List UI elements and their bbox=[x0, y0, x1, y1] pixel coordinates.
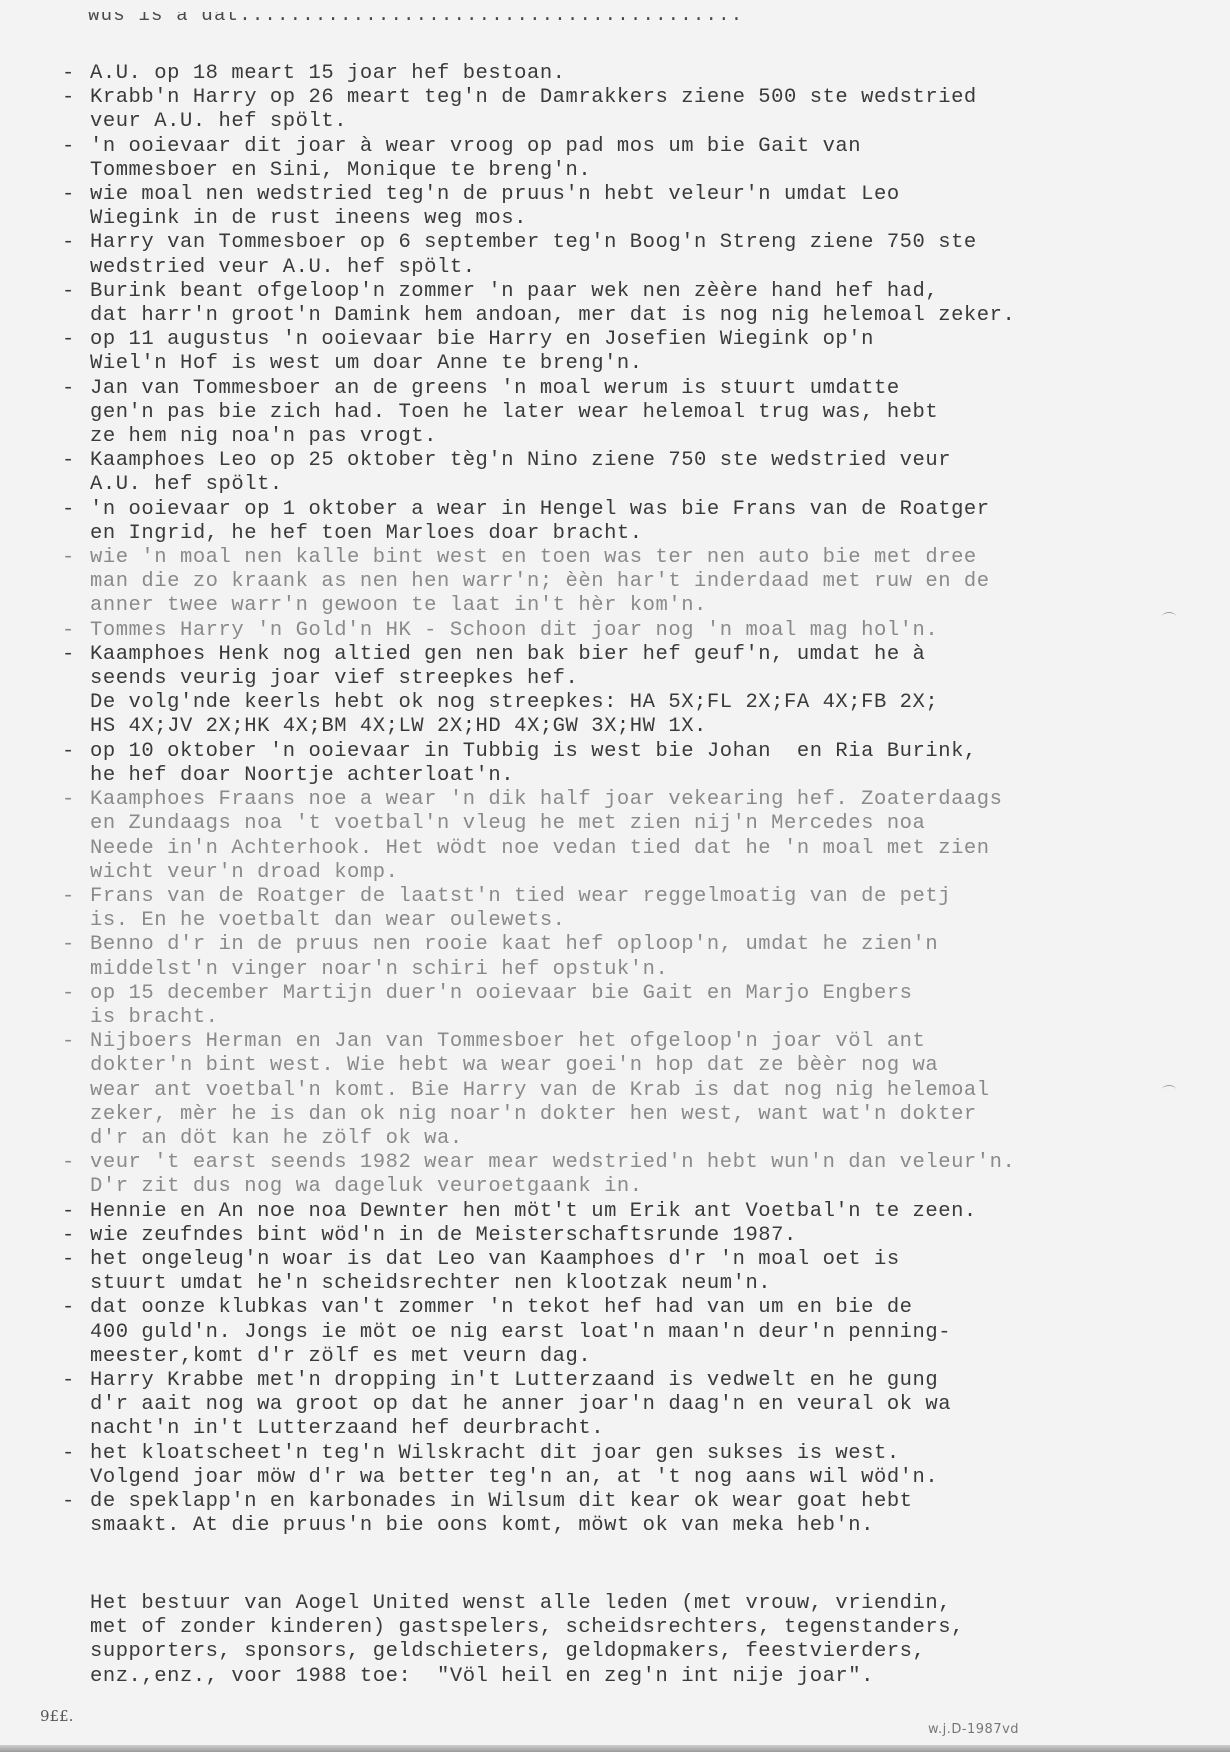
item-line: wie zeufndes bint wöd'n in de Meistersch… bbox=[90, 1224, 1182, 1248]
item-line: veur A.U. hef spölt. bbox=[90, 110, 1182, 134]
news-item: -Nijboers Herman en Jan van Tommesboer h… bbox=[62, 1030, 1182, 1151]
bullet-dash: - bbox=[62, 280, 75, 304]
item-line: Wiegink in de rust ineens weg mos. bbox=[90, 207, 1182, 231]
item-line: meester,komt d'r zölf es met veurn dag. bbox=[90, 1345, 1182, 1369]
news-item: -Kaamphoes Fraans noe a wear 'n dik half… bbox=[62, 788, 1182, 885]
bullet-dash: - bbox=[62, 1224, 75, 1248]
bullet-dash: - bbox=[62, 449, 75, 473]
item-line: HS 4X;JV 2X;HK 4X;BM 4X;LW 2X;HD 4X;GW 3… bbox=[90, 715, 1182, 739]
bullet-dash: - bbox=[62, 1442, 75, 1466]
bullet-dash: - bbox=[62, 1369, 75, 1393]
news-item: -Harry van Tommesboer op 6 september teg… bbox=[62, 231, 1182, 279]
bullet-dash: - bbox=[62, 619, 75, 643]
item-line: en Zundaags noa 't voetbal'n vleug he me… bbox=[90, 812, 1182, 836]
bullet-dash: - bbox=[62, 1248, 75, 1272]
item-line: wie 'n moal nen kalle bint west en toen … bbox=[90, 546, 1182, 570]
news-item: -'n ooievaar dit joar à wear vroog op pa… bbox=[62, 135, 1182, 183]
news-item: -wie zeufndes bint wöd'n in de Meistersc… bbox=[62, 1224, 1182, 1248]
news-item: -Burink beant ofgeloop'n zommer 'n paar … bbox=[62, 280, 1182, 328]
bullet-dash: - bbox=[62, 788, 75, 812]
item-line: middelst'n vinger noar'n schiri hef opst… bbox=[90, 958, 1182, 982]
item-line: het ongeleug'n woar is dat Leo van Kaamp… bbox=[90, 1248, 1182, 1272]
bullet-dash: - bbox=[62, 86, 75, 110]
item-line: De volg'nde keerls hebt ok nog streepkes… bbox=[90, 691, 1182, 715]
item-line: Jan van Tommesboer an de greens 'n moal … bbox=[90, 377, 1182, 401]
page-bottom-edge bbox=[0, 1745, 1230, 1752]
item-line: de speklapp'n en karbonades in Wilsum di… bbox=[90, 1490, 1182, 1514]
item-line: A.U. hef spölt. bbox=[90, 473, 1182, 497]
item-line: anner twee warr'n gewoon te laat in't hè… bbox=[90, 594, 1182, 618]
item-line: zeker, mèr he is dan ok nig noar'n dokte… bbox=[90, 1103, 1182, 1127]
item-line: Volgend joar möw d'r wa better teg'n an,… bbox=[90, 1466, 1182, 1490]
bullet-dash: - bbox=[62, 328, 75, 352]
bullet-dash: - bbox=[62, 1030, 75, 1054]
item-line: het kloatscheet'n teg'n Wilskracht dit j… bbox=[90, 1442, 1182, 1466]
item-line: d'r aait nog wa groot op dat he anner jo… bbox=[90, 1393, 1182, 1417]
news-item: -A.U. op 18 meart 15 joar hef bestoan. bbox=[62, 62, 1182, 86]
bullet-dash: - bbox=[62, 546, 75, 570]
news-item: -Jan van Tommesboer an de greens 'n moal… bbox=[62, 377, 1182, 450]
news-item: -Kaamphoes Henk nog altied gen nen bak b… bbox=[62, 643, 1182, 740]
item-line: wicht veur'n droad komp. bbox=[90, 861, 1182, 885]
closing-line: supporters, sponsors, geldschieters, gel… bbox=[90, 1640, 964, 1664]
item-line: 400 guld'n. Jongs ie möt oe nig earst lo… bbox=[90, 1321, 1182, 1345]
margin-mark bbox=[1162, 1085, 1176, 1094]
item-line: Kaamphoes Leo op 25 oktober tèg'n Nino z… bbox=[90, 449, 1182, 473]
item-line: gen'n pas bie zich had. Toen he later we… bbox=[90, 401, 1182, 425]
item-line: Kaamphoes Fraans noe a wear 'n dik half … bbox=[90, 788, 1182, 812]
news-item: -Kaamphoes Leo op 25 oktober tèg'n Nino … bbox=[62, 449, 1182, 497]
archive-reference-mark: w.j.D-1987vd bbox=[928, 1722, 1019, 1737]
closing-paragraph: Het bestuur van Aogel United wenst alle … bbox=[90, 1592, 964, 1689]
item-line: is. En he voetbalt dan wear oulewets. bbox=[90, 909, 1182, 933]
bullet-dash: - bbox=[62, 498, 75, 522]
closing-line: enz.,enz., voor 1988 toe: "Völ heil en z… bbox=[90, 1665, 964, 1689]
item-line: d'r an döt kan he zölf ok wa. bbox=[90, 1127, 1182, 1151]
item-line: Harry Krabbe met'n dropping in't Lutterz… bbox=[90, 1369, 1182, 1393]
item-line: wie moal nen wedstried teg'n de pruus'n … bbox=[90, 183, 1182, 207]
item-line: seends veurig joar vief streepkes hef. bbox=[90, 667, 1182, 691]
bullet-dash: - bbox=[62, 231, 75, 255]
news-item: -op 15 december Martijn duer'n ooievaar … bbox=[62, 982, 1182, 1030]
news-item: -Harry Krabbe met'n dropping in't Lutter… bbox=[62, 1369, 1182, 1442]
bullet-dash: - bbox=[62, 740, 75, 764]
item-line: Krabb'n Harry op 26 meart teg'n de Damra… bbox=[90, 86, 1182, 110]
bullet-dash: - bbox=[62, 982, 75, 1006]
news-item: -Krabb'n Harry op 26 meart teg'n de Damr… bbox=[62, 86, 1182, 134]
item-line: stuurt umdat he'n scheidsrechter nen klo… bbox=[90, 1272, 1182, 1296]
item-line: Benno d'r in de pruus nen rooie kaat hef… bbox=[90, 933, 1182, 957]
news-item: -dat oonze klubkas van't zommer 'n tekot… bbox=[62, 1296, 1182, 1369]
news-item: -op 10 oktober 'n ooievaar in Tubbig is … bbox=[62, 740, 1182, 788]
item-line: Hennie en An noe noa Dewnter hen möt't u… bbox=[90, 1200, 1182, 1224]
bullet-dash: - bbox=[62, 1200, 75, 1224]
item-line: Neede in'n Achterhook. Het wödt noe veda… bbox=[90, 837, 1182, 861]
news-item: -Benno d'r in de pruus nen rooie kaat he… bbox=[62, 933, 1182, 981]
margin-mark bbox=[1162, 612, 1176, 621]
item-line: man die zo kraank as nen hen warr'n; èèn… bbox=[90, 570, 1182, 594]
news-item: -Hennie en An noe noa Dewnter hen möt't … bbox=[62, 1200, 1182, 1224]
bullet-dash: - bbox=[62, 1296, 75, 1320]
bullet-dash: - bbox=[62, 183, 75, 207]
item-line: Wiel'n Hof is west um doar Anne te breng… bbox=[90, 352, 1182, 376]
item-line: Kaamphoes Henk nog altied gen nen bak bi… bbox=[90, 643, 1182, 667]
item-line: dat oonze klubkas van't zommer 'n tekot … bbox=[90, 1296, 1182, 1320]
item-line: A.U. op 18 meart 15 joar hef bestoan. bbox=[90, 62, 1182, 86]
item-line: is bracht. bbox=[90, 1006, 1182, 1030]
bullet-dash: - bbox=[62, 885, 75, 909]
item-line: wear ant voetbal'n komt. Bie Harry van d… bbox=[90, 1079, 1182, 1103]
item-line: Nijboers Herman en Jan van Tommesboer he… bbox=[90, 1030, 1182, 1054]
item-line: op 15 december Martijn duer'n ooievaar b… bbox=[90, 982, 1182, 1006]
news-item: -'n ooievaar op 1 oktober a wear in Heng… bbox=[62, 498, 1182, 546]
news-item: -de speklapp'n en karbonades in Wilsum d… bbox=[62, 1490, 1182, 1538]
news-item: -het ongeleug'n woar is dat Leo van Kaam… bbox=[62, 1248, 1182, 1296]
item-line: en Ingrid, he hef toen Marloes doar brac… bbox=[90, 522, 1182, 546]
item-line: dat harr'n groot'n Damink hem andoan, me… bbox=[90, 304, 1182, 328]
item-line: op 10 oktober 'n ooievaar in Tubbig is w… bbox=[90, 740, 1182, 764]
news-item: -veur 't earst seends 1982 wear mear wed… bbox=[62, 1151, 1182, 1199]
bullet-dash: - bbox=[62, 135, 75, 159]
handwritten-page-mark: 9££. bbox=[40, 1707, 73, 1725]
item-line: veur 't earst seends 1982 wear mear weds… bbox=[90, 1151, 1182, 1175]
bullet-dash: - bbox=[62, 933, 75, 957]
bullet-dash: - bbox=[62, 1151, 75, 1175]
item-line: Burink beant ofgeloop'n zommer 'n paar w… bbox=[90, 280, 1182, 304]
bullet-dash: - bbox=[62, 377, 75, 401]
document-header: wus is a dat............................… bbox=[88, 4, 743, 26]
item-line: wedstried veur A.U. hef spölt. bbox=[90, 256, 1182, 280]
news-item: -Tommes Harry 'n Gold'n HK - Schoon dit … bbox=[62, 619, 1182, 643]
item-line: ze hem nig noa'n pas vrogt. bbox=[90, 425, 1182, 449]
item-line: smaakt. At die pruus'n bie oons komt, mö… bbox=[90, 1514, 1182, 1538]
closing-line: Het bestuur van Aogel United wenst alle … bbox=[90, 1592, 964, 1616]
item-line: dokter'n bint west. Wie hebt wa wear goe… bbox=[90, 1054, 1182, 1078]
bullet-dash: - bbox=[62, 643, 75, 667]
news-item: -het kloatscheet'n teg'n Wilskracht dit … bbox=[62, 1442, 1182, 1490]
document-page: wus is a dat............................… bbox=[0, 0, 1230, 1752]
news-item-list: -A.U. op 18 meart 15 joar hef bestoan.-K… bbox=[62, 62, 1182, 1538]
news-item: -op 11 augustus 'n ooievaar bie Harry en… bbox=[62, 328, 1182, 376]
item-line: Tommesboer en Sini, Monique te breng'n. bbox=[90, 159, 1182, 183]
item-line: D'r zit dus nog wa dageluk veuroetgaank … bbox=[90, 1175, 1182, 1199]
news-item: -wie moal nen wedstried teg'n de pruus'n… bbox=[62, 183, 1182, 231]
news-item: -wie 'n moal nen kalle bint west en toen… bbox=[62, 546, 1182, 619]
item-line: 'n ooievaar dit joar à wear vroog op pad… bbox=[90, 135, 1182, 159]
item-line: he hef doar Noortje achterloat'n. bbox=[90, 764, 1182, 788]
bullet-dash: - bbox=[62, 1490, 75, 1514]
news-item: -Frans van de Roatger de laatst'n tied w… bbox=[62, 885, 1182, 933]
item-line: Frans van de Roatger de laatst'n tied we… bbox=[90, 885, 1182, 909]
item-line: Harry van Tommesboer op 6 september teg'… bbox=[90, 231, 1182, 255]
item-line: op 11 augustus 'n ooievaar bie Harry en … bbox=[90, 328, 1182, 352]
bullet-dash: - bbox=[62, 62, 75, 86]
item-line: nacht'n in't Lutterzaand hef deurbracht. bbox=[90, 1417, 1182, 1441]
item-line: 'n ooievaar op 1 oktober a wear in Henge… bbox=[90, 498, 1182, 522]
item-line: Tommes Harry 'n Gold'n HK - Schoon dit j… bbox=[90, 619, 1182, 643]
closing-line: met of zonder kinderen) gastspelers, sch… bbox=[90, 1616, 964, 1640]
